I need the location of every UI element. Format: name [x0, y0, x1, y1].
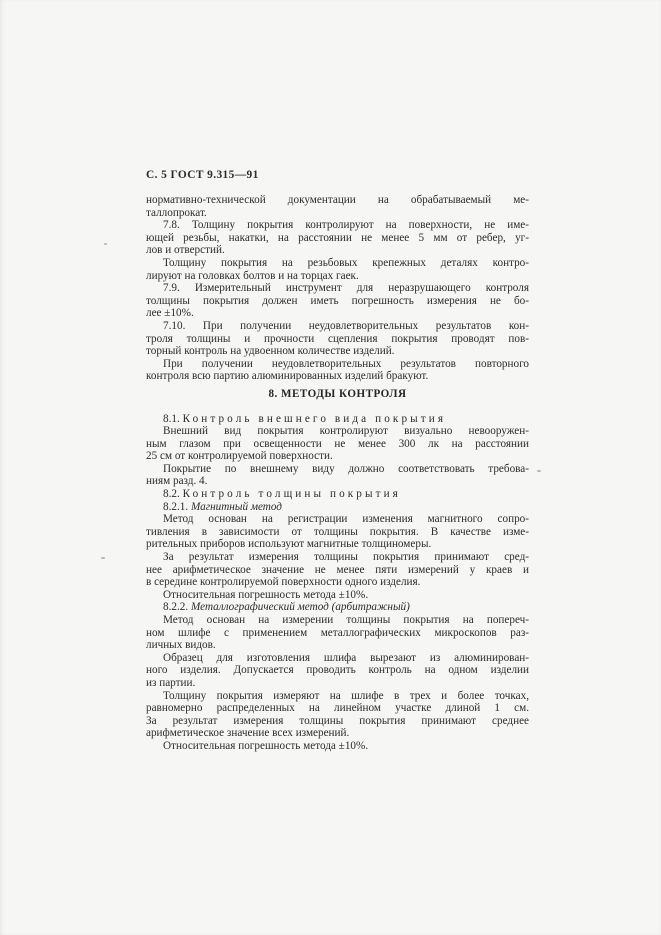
text-line: толщины покрытия должен иметь погрешност… [146, 295, 529, 308]
text-line: личных видов. [146, 639, 529, 652]
text-line: 7.10. При получении неудовлетворительных… [146, 320, 529, 333]
text-line: таллопрокат. [146, 207, 529, 220]
text-line: ного изделия. Допускается проводить конт… [146, 664, 529, 677]
text-line: При получении неудовлетворительных резул… [146, 358, 529, 371]
subsection-heading: 8.2. Контроль толщины покрытия [146, 488, 529, 501]
text-line: Метод основан на регистрации изменения м… [146, 513, 529, 526]
text-line: из партии. [146, 677, 529, 690]
text-line: лов и отверстий. [146, 244, 529, 257]
subsection-title: Магнитный метод [191, 501, 282, 513]
text-line: лее ±10%. [146, 307, 529, 320]
text-line: Относительная погрешность метода ±10%. [146, 589, 529, 602]
subsection-heading: 8.2.2. Металлографический метод (арбитра… [146, 601, 529, 614]
text-line: Относительная погрешность метода ±10%. [146, 740, 529, 753]
text-line: ющей резьбы, накатки, на расстоянии не м… [146, 232, 529, 245]
text-line: Покрытие по внешнему виду должно соответ… [146, 463, 529, 476]
page-header: С. 5 ГОСТ 9.315—91 [146, 169, 259, 181]
text-line: лируют на головках болтов и на торцах га… [146, 270, 529, 283]
text-line: 7.9. Измерительный инструмент для неразр… [146, 282, 529, 295]
text-line: 7.8. Толщину покрытия контролируют на по… [146, 219, 529, 232]
subsection-number: 8.1. [163, 413, 183, 425]
text-line: тивления в зависимости от толщины покрыт… [146, 526, 529, 539]
text-line: 25 см от контролируемой поверхности. [146, 450, 529, 463]
scan-speck [537, 470, 541, 472]
text-line: Внешний вид покрытия контролируют визуал… [146, 425, 529, 438]
subsection-title: Контроль толщины покрытия [183, 488, 401, 500]
text-line: ном шлифе с применением металлографическ… [146, 627, 529, 640]
section-heading: 8. МЕТОДЫ КОНТРОЛЯ [146, 388, 529, 401]
text-line: Метод основан на измерении толщины покры… [146, 614, 529, 627]
text-line: контроля всю партию алюминированных изде… [146, 370, 529, 383]
text-line: рительных приборов используют магнитные … [146, 538, 529, 551]
scan-speck [104, 243, 107, 245]
text-line: За результат измерения толщины покрытия … [146, 551, 529, 564]
subsection-title: Контроль внешнего вида покрытия [183, 413, 447, 425]
subsection-title: Металлографический метод (арбитражный) [191, 601, 410, 613]
text-line: арифметическое значение всех измерений. [146, 727, 529, 740]
subsection-heading: 8.1. Контроль внешнего вида покрытия [146, 413, 529, 426]
text-line: ниям разд. 4. [146, 475, 529, 488]
text-line: Образец для изготовления шлифа вырезают … [146, 652, 529, 665]
subsection-heading: 8.2.1. Магнитный метод [146, 501, 529, 514]
text-line: в середине контролируемой поверхности од… [146, 576, 529, 589]
text-line: троля толщины и прочности сцепления покр… [146, 333, 529, 346]
document-page: С. 5 ГОСТ 9.315—91 нормативно-техническо… [0, 0, 661, 935]
text-line: нее арифметическое значение не менее пят… [146, 564, 529, 577]
scan-speck [101, 557, 105, 559]
text-line: За результат измерения толщины покрытия … [146, 715, 529, 728]
text-column: нормативно-технической документации на о… [146, 194, 529, 753]
subsection-number: 8.2.2. [163, 601, 191, 613]
subsection-number: 8.2. [163, 488, 183, 500]
text-line: равномерно распределенных на линейном уч… [146, 702, 529, 715]
subsection-number: 8.2.1. [163, 501, 191, 513]
text-line: Толщину покрытия на резьбовых крепежных … [146, 257, 529, 270]
text-line: нормативно-технической документации на о… [146, 194, 529, 207]
text-line: ным глазом при освещенности не менее 300… [146, 438, 529, 451]
text-line: Толщину покрытия измеряют на шлифе в тре… [146, 690, 529, 703]
text-line: торный контроль на удвоенном количестве … [146, 345, 529, 358]
